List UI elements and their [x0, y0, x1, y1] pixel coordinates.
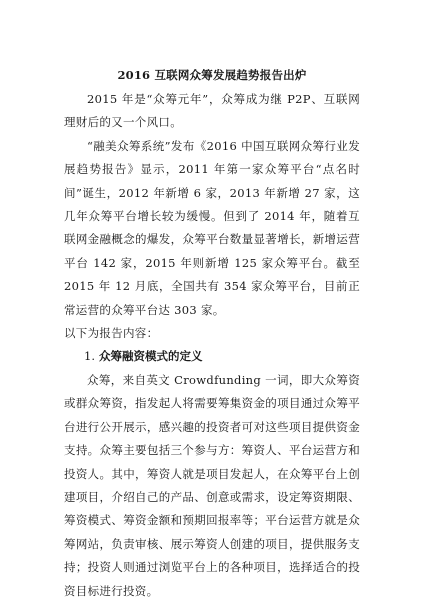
- paragraph-report-summary: “融美众筹系统”发布《2016 中国互联网众筹行业发展趋势报告》显示，2011 …: [64, 135, 360, 322]
- document-body: 2016 互联网众筹发展趋势报告出炉 2015 年是“众筹元年”，众筹成为继 P…: [64, 66, 360, 600]
- document-title: 2016 互联网众筹发展趋势报告出炉: [64, 66, 360, 84]
- paragraph-definition: 众筹，来自英文 Crowdfunding 一词，即大众筹资或群众筹资，指发起人将…: [64, 369, 360, 600]
- section-heading: 1. 众筹融资模式的定义: [64, 345, 360, 368]
- paragraph-following: 以下为报告内容：: [64, 322, 360, 345]
- section-number: 1.: [84, 349, 95, 363]
- document-page: 2016 互联网众筹发展趋势报告出炉 2015 年是“众筹元年”，众筹成为继 P…: [0, 0, 424, 600]
- section-heading-text: 众筹融资模式的定义: [99, 349, 203, 363]
- paragraph-intro: 2015 年是“众筹元年”，众筹成为继 P2P、互联网理财后的又一个风口。: [64, 88, 360, 135]
